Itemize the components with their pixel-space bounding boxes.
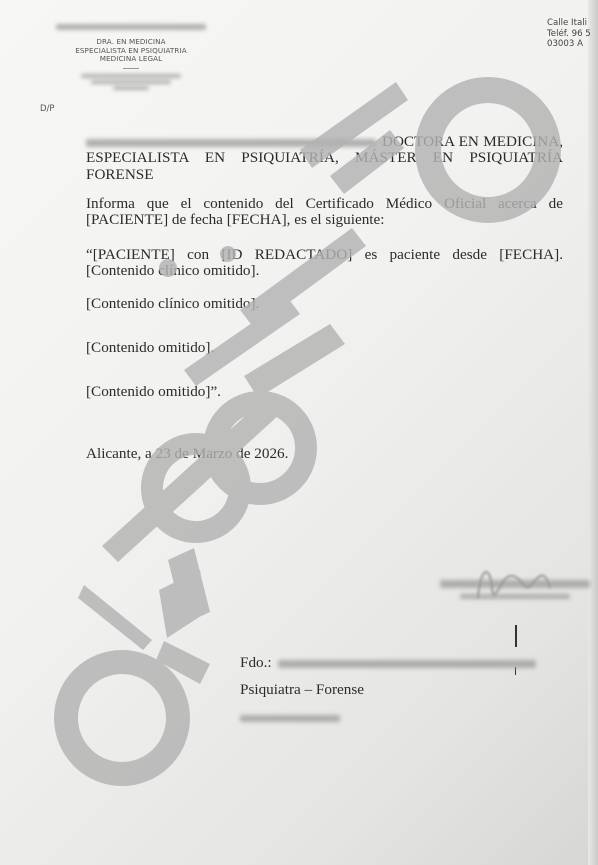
paragraph-quote-start: “[PACIENTE] con [ID REDACTADO] es pacien…	[86, 247, 563, 280]
college-number	[240, 709, 340, 727]
paragraph-intro: Informa que el contenido del Certificado…	[86, 196, 563, 229]
reference-code: D/P	[40, 104, 55, 114]
redacted-stamp-text	[460, 594, 570, 599]
address-line: Teléf. 96 5	[547, 29, 591, 40]
redacted-doctor-name	[56, 24, 206, 30]
signature-stamp	[420, 558, 590, 618]
letterhead-divider	[123, 68, 139, 69]
doctor-credentials-heading: DOCTORA EN MEDICINA, ESPECIALISTA EN PSI…	[86, 134, 563, 183]
redacted-signer-name	[278, 660, 536, 668]
address-line: 03003 A	[547, 39, 591, 50]
address-line: Calle Itali	[547, 18, 591, 29]
redacted-letterhead-detail	[81, 74, 181, 78]
handwritten-signature-icon	[420, 558, 590, 618]
fdo-label: Fdo.:	[240, 654, 272, 671]
letterhead: DRA. EN MEDICINA ESPECIALISTA EN PSIQUIA…	[36, 18, 226, 92]
pen-mark	[515, 625, 517, 647]
clinic-address: Calle Itali Teléf. 96 5 03003 A	[547, 18, 591, 50]
redacted-letterhead-detail	[113, 86, 149, 90]
redacted-college-number	[240, 715, 340, 722]
redacted-letterhead-detail	[91, 80, 171, 84]
redacted-stamp-text	[440, 580, 590, 588]
redacted-doctor-name	[86, 139, 376, 147]
paragraph-clinical: [Contenido clínico omitido].	[86, 296, 563, 312]
letterhead-line: MEDICINA LEGAL	[36, 55, 226, 64]
page-edge-shadow	[588, 0, 598, 865]
okdiario-watermark-icon	[0, 0, 598, 865]
place-date-line: Alicante, a 23 de Marzo de 2026.	[86, 446, 563, 462]
paragraph-assessment: [Contenido omitido].	[86, 340, 563, 356]
signer-role: Psiquiatra – Forense	[240, 681, 364, 699]
paragraph-treatment: [Contenido omitido]”.	[86, 384, 563, 400]
signed-by-line: Fdo.:	[240, 654, 536, 672]
